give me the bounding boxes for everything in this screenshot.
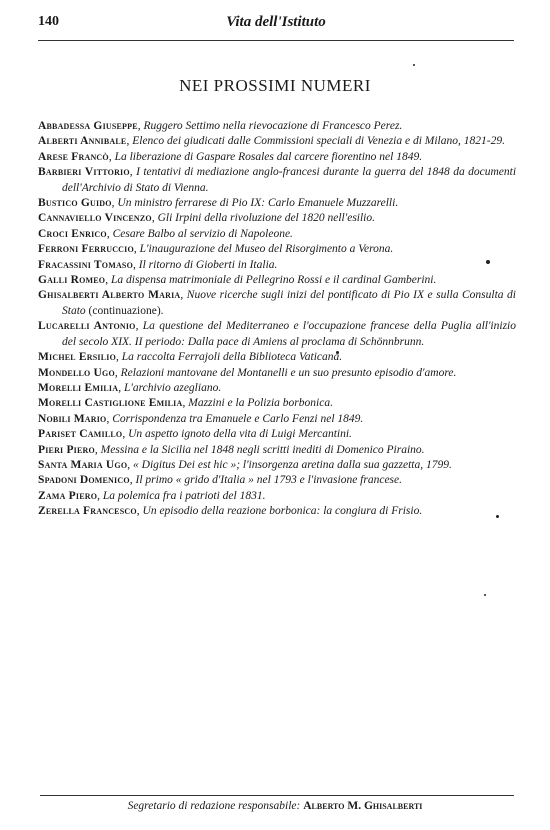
- bibliography-entry: Ferroni Ferruccio, L'inaugurazione del M…: [38, 242, 516, 257]
- entry-title: Il primo « grido d'Italia » nel 1793 e l…: [136, 474, 403, 486]
- scan-speck: [486, 260, 490, 264]
- entry-author: Nobili Mario: [38, 413, 106, 425]
- entry-author: Morelli Castiglione Emilia: [38, 397, 182, 409]
- entry-title: Un ministro ferrarese di Pio IX: Carlo E…: [117, 197, 398, 209]
- bibliography-entry: Lucarelli Antonio, La questione del Medi…: [38, 319, 516, 350]
- entry-author: Galli Romeo: [38, 274, 105, 286]
- entry-title: L'inaugurazione del Museo del Risorgimen…: [140, 243, 394, 255]
- bibliography-entry: Abbadessa Giuseppe, Ruggero Settimo nell…: [38, 119, 516, 134]
- entry-author: Arese Francò: [38, 151, 109, 163]
- entry-author: Croci Enrico: [38, 228, 107, 240]
- entry-title: Un episodio della reazione borbonica: la…: [143, 505, 423, 517]
- bibliography-entry: Pieri Piero, Messina e la Sicilia nel 18…: [38, 443, 516, 458]
- entry-author: Abbadessa Giuseppe: [38, 120, 138, 132]
- page-header: 140 Vita dell'Istituto: [38, 14, 514, 36]
- bibliography-entry: Santa Maria Ugo, « Digitus Dei est hic »…: [38, 458, 516, 473]
- entry-title: Il ritorno di Gioberti in Italia.: [139, 259, 278, 271]
- footer-rule: [40, 795, 514, 796]
- entry-author: Pieri Piero: [38, 444, 95, 456]
- entry-title: Un aspetto ignoto della vita di Luigi Me…: [128, 428, 352, 440]
- bibliography-entry: Nobili Mario, Corrispondenza tra Emanuel…: [38, 412, 516, 427]
- entry-author: Michel Ersilio: [38, 351, 116, 363]
- entry-author: Zama Piero: [38, 490, 97, 502]
- entry-title: Elenco dei giudicati dalle Commissioni s…: [132, 135, 505, 147]
- bibliography-entry: Morelli Castiglione Emilia, Mazzini e la…: [38, 396, 516, 411]
- entry-title: Mazzini e la Polizia borbonica.: [188, 397, 333, 409]
- bibliography-entry: Mondello Ugo, Relazioni mantovane del Mo…: [38, 366, 516, 381]
- section-title: NEI PROSSIMI NUMERI: [0, 76, 550, 96]
- entry-title: La raccolta Ferrajoli della Biblioteca V…: [122, 351, 342, 363]
- footer-editor-name: Alberto M. Ghisalberti: [303, 800, 422, 812]
- entry-title: La dispensa matrimoniale di Pellegrino R…: [111, 274, 436, 286]
- entry-author: Ghisalberti Alberto Maria: [38, 289, 180, 301]
- bibliography-entry: Morelli Emilia, L'archivio azegliano.: [38, 381, 516, 396]
- entry-title: Messina e la Sicilia nel 1848 negli scri…: [101, 444, 425, 456]
- entry-author: Lucarelli Antonio: [38, 320, 136, 332]
- entry-list: Abbadessa Giuseppe, Ruggero Settimo nell…: [38, 119, 516, 520]
- bibliography-entry: Zama Piero, La polemica fra i patrioti d…: [38, 489, 516, 504]
- entry-note: (continuazione).: [86, 305, 164, 317]
- entry-author: Spadoni Domenico: [38, 474, 130, 486]
- bibliography-entry: Bustico Guido, Un ministro ferrarese di …: [38, 196, 516, 211]
- bibliography-entry: Alberti Annibale, Elenco dei giudicati d…: [38, 134, 516, 149]
- entry-title: I tentativi di mediazione anglo-francesi…: [62, 166, 516, 193]
- entry-author: Bustico Guido: [38, 197, 112, 209]
- bibliography-entry: Barbieri Vittorio, I tentativi di mediaz…: [38, 165, 516, 196]
- footer-label: Segretario di redazione responsabile:: [128, 800, 301, 812]
- running-title: Vita dell'Istituto: [38, 14, 514, 31]
- entry-title: L'archivio azegliano.: [124, 382, 221, 394]
- entry-author: Santa Maria Ugo: [38, 459, 127, 471]
- scan-speck: [484, 594, 486, 596]
- entry-author: Ferroni Ferruccio: [38, 243, 134, 255]
- entry-author: Alberti Annibale: [38, 135, 126, 147]
- bibliography-entry: Cannaviello Vincenzo, Gli Irpini della r…: [38, 211, 516, 226]
- entry-author: Zerella Francesco: [38, 505, 137, 517]
- entry-author: Fracassini Tomaso: [38, 259, 133, 271]
- bibliography-entry: Zerella Francesco, Un episodio della rea…: [38, 504, 516, 519]
- bibliography-entry: Michel Ersilio, La raccolta Ferrajoli de…: [38, 350, 516, 365]
- bibliography-entry: Galli Romeo, La dispensa matrimoniale di…: [38, 273, 516, 288]
- entry-title: « Digitus Dei est hic »; l'insorgenza ar…: [133, 459, 452, 471]
- entry-author: Cannaviello Vincenzo: [38, 212, 152, 224]
- bibliography-entry: Ghisalberti Alberto Maria, Nuove ricerch…: [38, 288, 516, 319]
- entry-title: Gli Irpini della rivoluzione del 1820 ne…: [158, 212, 375, 224]
- scan-speck: [336, 351, 339, 354]
- bibliography-entry: Pariset Camillo, Un aspetto ignoto della…: [38, 427, 516, 442]
- entry-title: La liberazione di Gaspare Rosales dal ca…: [115, 151, 423, 163]
- entry-title: Ruggero Settimo nella rievocazione di Fr…: [144, 120, 403, 132]
- entry-title: La polemica fra i patrioti del 1831.: [103, 490, 266, 502]
- entry-title: Cesare Balbo al servizio di Napoleone.: [113, 228, 293, 240]
- entry-author: Mondello Ugo: [38, 367, 115, 379]
- entry-title: Corrispondenza tra Emanuele e Carlo Fenz…: [112, 413, 363, 425]
- bibliography-entry: Croci Enrico, Cesare Balbo al servizio d…: [38, 227, 516, 242]
- bibliography-entry: Fracassini Tomaso, Il ritorno di Giobert…: [38, 258, 516, 273]
- bibliography-entry: Spadoni Domenico, Il primo « grido d'Ita…: [38, 473, 516, 488]
- scan-speck: [413, 64, 415, 66]
- header-rule: [38, 40, 514, 41]
- entry-author: Pariset Camillo: [38, 428, 122, 440]
- entry-author: Morelli Emilia: [38, 382, 118, 394]
- page-footer: Segretario di redazione responsabile: Al…: [0, 800, 550, 812]
- scan-speck: [496, 515, 499, 518]
- entry-author: Barbieri Vittorio: [38, 166, 130, 178]
- entry-title: Relazioni mantovane del Montanelli e un …: [121, 367, 457, 379]
- bibliography-entry: Arese Francò, La liberazione di Gaspare …: [38, 150, 516, 165]
